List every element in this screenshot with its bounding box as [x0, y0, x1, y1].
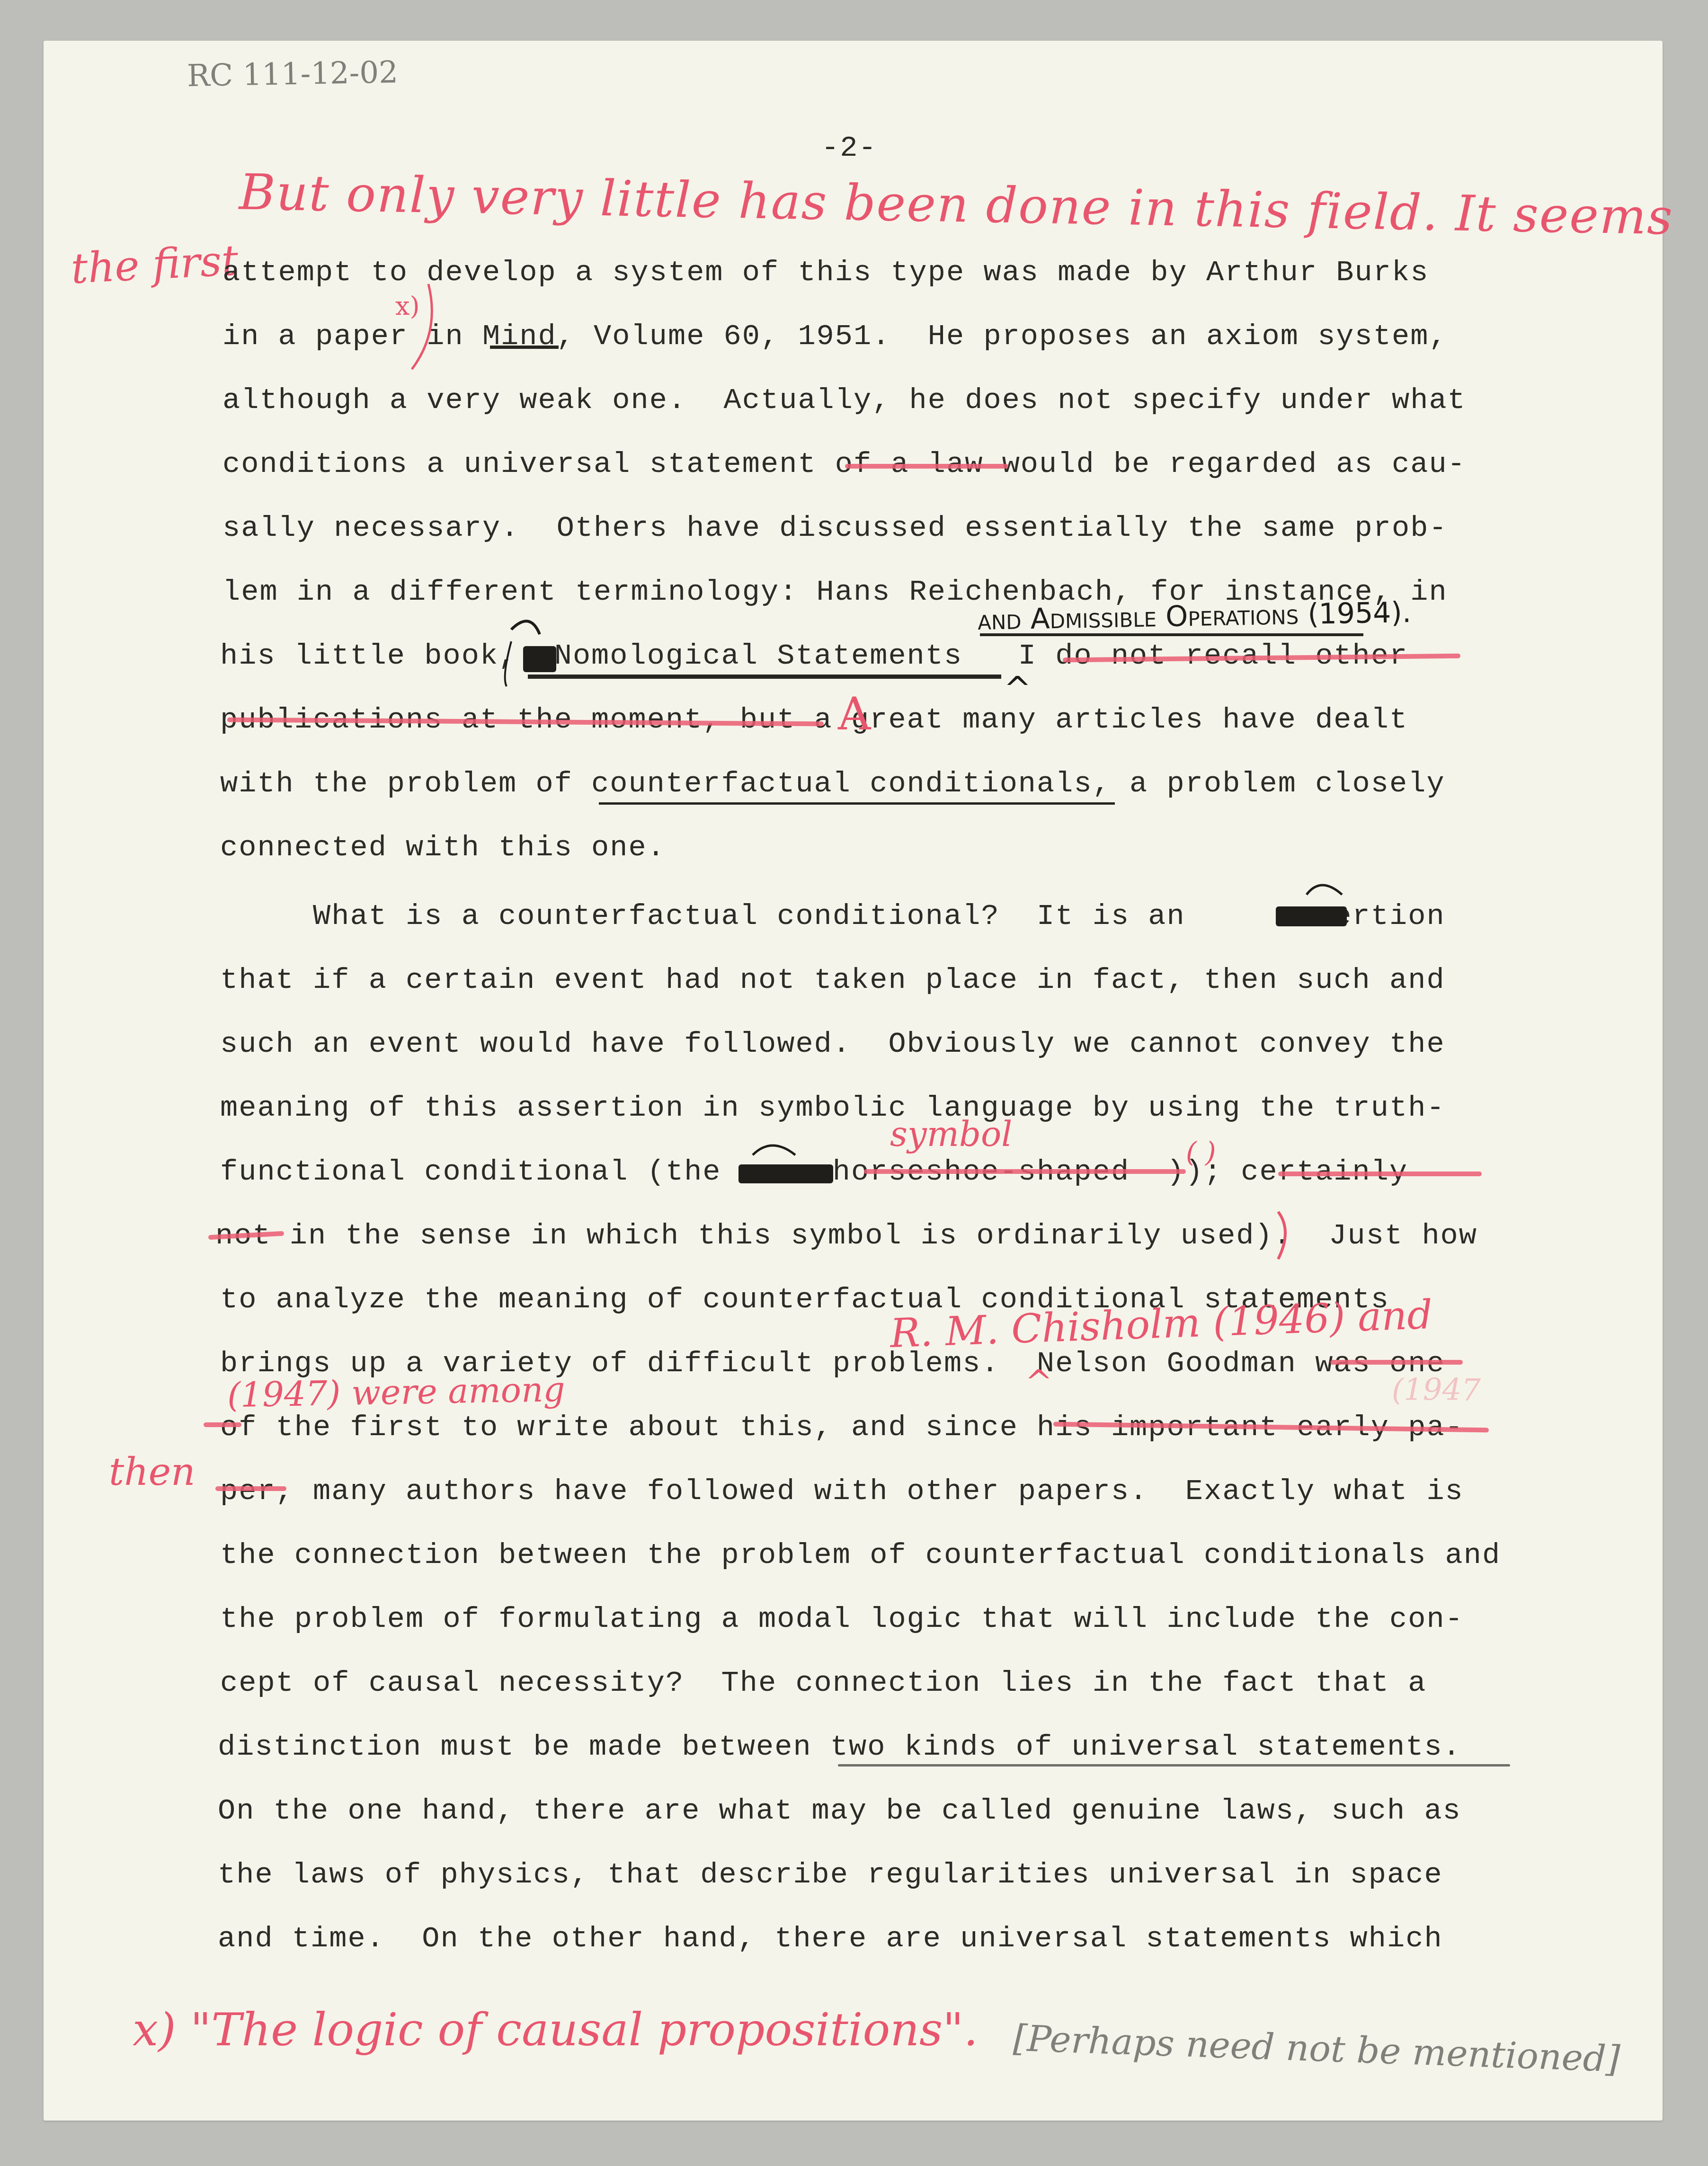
- typed-line: On the one hand, there are what may be c…: [218, 1796, 1461, 1826]
- typed-line: per, many authors have followed with oth…: [220, 1477, 1464, 1506]
- underline-mind: [490, 346, 559, 349]
- typed-line: the laws of physics, that describe regul…: [218, 1860, 1443, 1890]
- overtyped-blot: [1276, 906, 1347, 926]
- annotation-the-first: the first: [70, 240, 239, 290]
- typed-line: sally necessary. Others have discussed e…: [222, 514, 1448, 543]
- strikethrough-was-one: [1330, 1360, 1463, 1365]
- strikethrough-certainly: [1278, 1172, 1482, 1176]
- footnote-text: x) "The logic of causal propositions".: [133, 2007, 978, 2052]
- typed-line: attempt to develop a system of this type…: [222, 258, 1429, 287]
- underline-nomological-statements: [528, 675, 1001, 679]
- annotation-reichenbach-title: and Admissible Operations (1954).: [978, 598, 1412, 634]
- typed-line: the problem of formulating a modal logic…: [220, 1605, 1464, 1634]
- underline-two-kinds: [838, 1764, 1510, 1767]
- typed-line: What is a counterfactual conditional? It…: [220, 902, 1445, 931]
- typed-line: distinction must be made between two kin…: [218, 1732, 1461, 1762]
- annotation-caret: ^: [1004, 672, 1032, 705]
- overtyped-blot: [738, 1164, 833, 1183]
- annotation-goodman-year: (1947) were among: [227, 1372, 565, 1412]
- annotation-caret-red: ^: [1025, 1366, 1053, 1399]
- overtyped-blot: [523, 646, 556, 672]
- strikethrough-per: [215, 1486, 286, 1491]
- typed-line: and time. On the other hand, there are u…: [218, 1924, 1443, 1953]
- strikethrough-horseshoe-shaped: [864, 1169, 1186, 1174]
- typed-line: cept of causal necessity? The connection…: [220, 1669, 1426, 1698]
- underline-counterfactual-conditionals: [599, 802, 1115, 805]
- strikethrough-of: [204, 1422, 241, 1427]
- typed-line: in a paper in Mind, Volume 60, 1951. He …: [222, 322, 1448, 351]
- annotation-then: then: [109, 1453, 196, 1491]
- typed-line: although a very weak one. Actually, he d…: [222, 386, 1466, 415]
- typed-line: such an event would have followed. Obvio…: [220, 1030, 1445, 1059]
- typed-line: not in the sense in which this symbol is…: [215, 1221, 1477, 1251]
- typed-line: meaning of this assertion in symbolic la…: [220, 1093, 1445, 1123]
- annotation-footnote-mark: x): [395, 293, 420, 319]
- annotation-symbol: symbol: [890, 1117, 1012, 1151]
- typed-line: conditions a universal statement of a la…: [222, 450, 1466, 479]
- annotation-paren: ( ): [1186, 1138, 1216, 1166]
- typed-line: the connection between the problem of co…: [220, 1541, 1501, 1570]
- annotation-faded-year: (1947: [1392, 1375, 1481, 1405]
- typed-line: with the problem of counterfactual condi…: [220, 769, 1445, 799]
- typed-line: connected with this one.: [220, 833, 666, 862]
- typed-line: that if a certain event had not taken pl…: [220, 966, 1445, 995]
- archive-reference: RC 111-12-02: [187, 57, 398, 91]
- strikethrough-of-a-law: [845, 464, 1008, 469]
- page-number: -2-: [821, 133, 877, 163]
- annotation-insert-a: A: [838, 691, 871, 737]
